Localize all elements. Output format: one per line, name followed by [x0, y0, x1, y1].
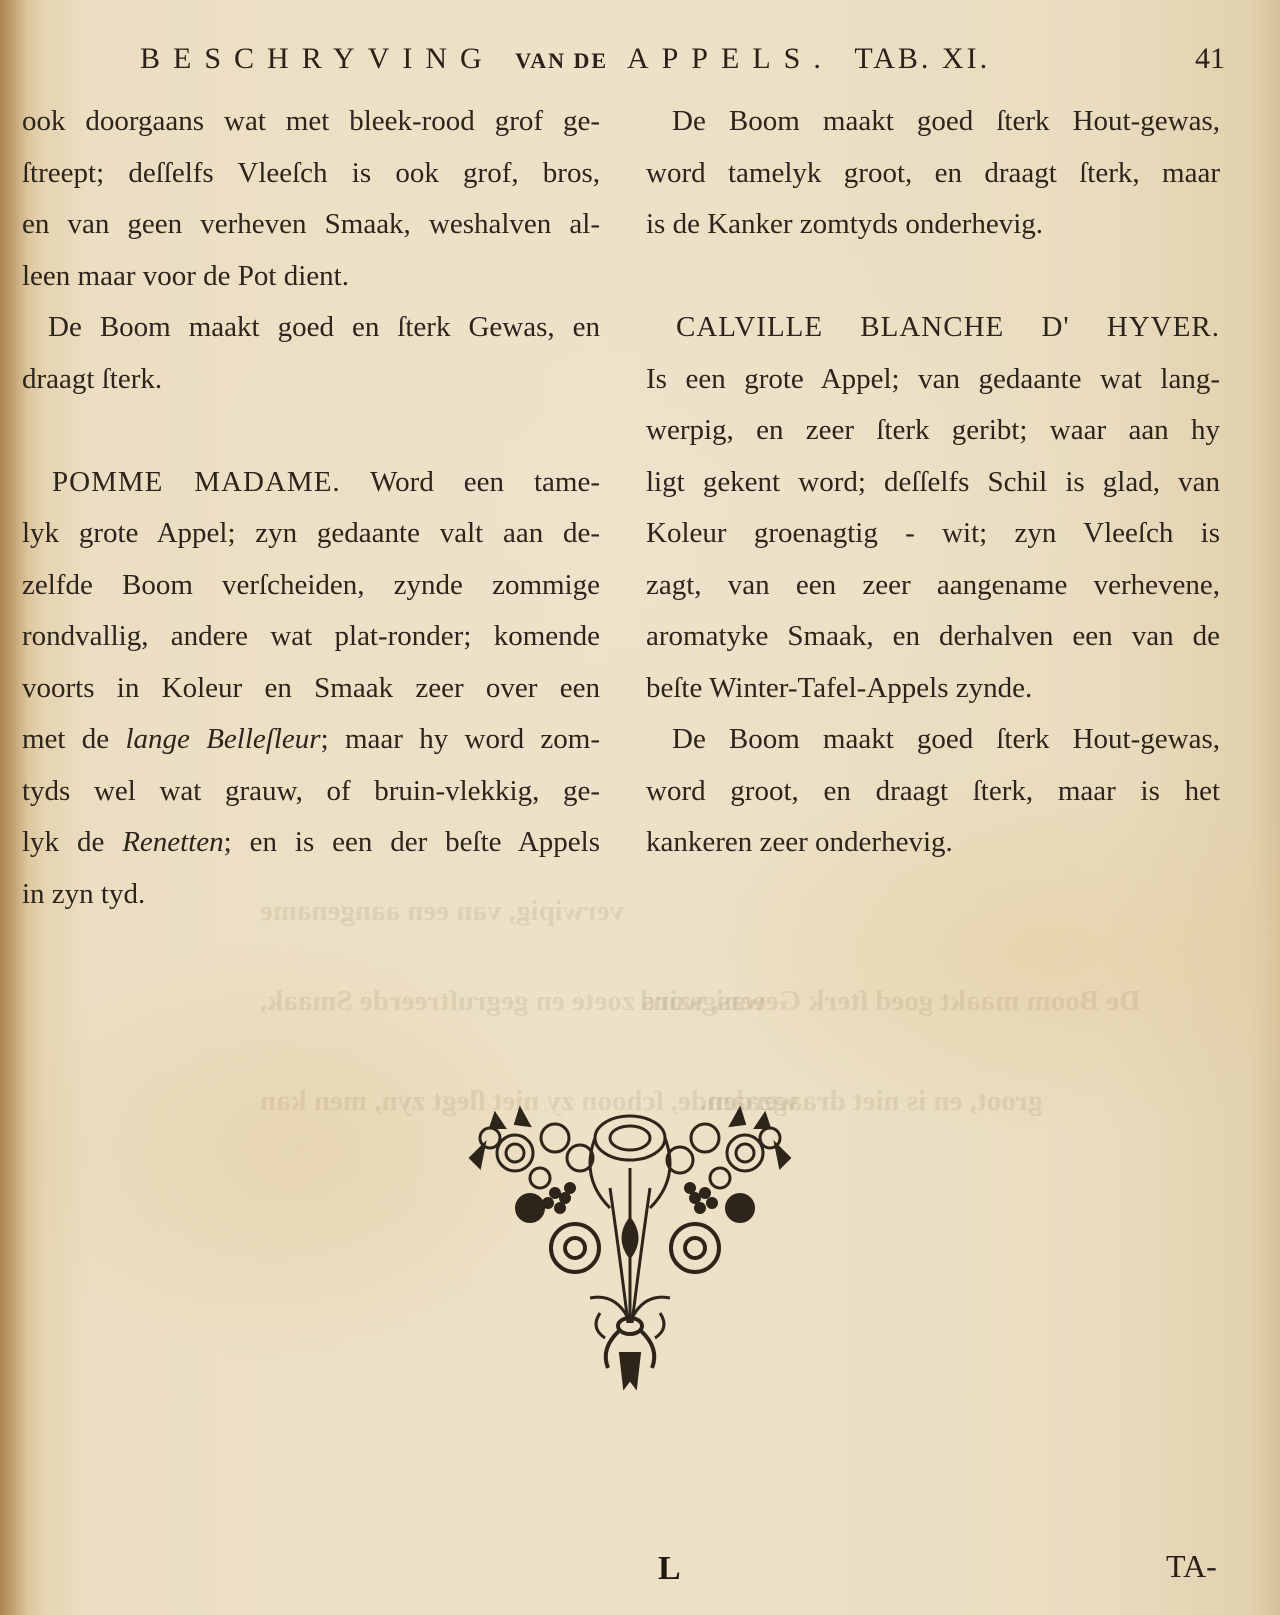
show-through-text: eenigszins zoete en gegruſtreerde Smaak, — [260, 985, 766, 1018]
running-title: BESCHRYVING VAN DE APPELS. TAB. XI. — [140, 42, 990, 76]
text-fragment: Word een tame- — [370, 466, 600, 498]
text-line: De Boom maakt goed ſterk Hout-gewas, — [646, 714, 1220, 766]
text-fragment: met de — [22, 723, 125, 755]
text-line: ook doorgaans wat met bleek-rood grof ge… — [22, 96, 600, 148]
text-line: ligt gekent word; deſſelfs Schil is glad… — [646, 457, 1220, 509]
text-line: De Boom maakt goed en ſterk Gewas, en — [22, 302, 600, 354]
text-fragment: lyk de — [22, 826, 122, 858]
text-line: leen maar voor de Pot dient. — [22, 251, 600, 303]
text-line: word groot, en draagt ſterk, maar is het — [646, 766, 1220, 818]
running-head: BESCHRYVING VAN DE APPELS. TAB. XI. 41 — [140, 42, 1225, 82]
text-line: met de lange Belleſleur; maar hy word zo… — [22, 714, 600, 766]
text-line: ſtreept; deſſelfs Vleeſch is ook grof, b… — [22, 148, 600, 200]
text-line: kankeren zeer onderhevig. — [646, 817, 1220, 869]
text-line: lyk de Renetten; en is een der beſte App… — [22, 817, 600, 869]
text-line: is de Kanker zomtyds onderhevig. — [646, 199, 1220, 251]
text-line: aromatyke Smaak, en derhalven een van de — [646, 611, 1220, 663]
left-column: ook doorgaans wat met bleek-rood grof ge… — [22, 96, 600, 920]
text-fragment: ; maar hy word zom- — [321, 723, 600, 755]
text-line: zagt, van een zeer aangename verhevene, — [646, 560, 1220, 612]
text-line: Is een grote Appel; van gedaante wat lan… — [646, 354, 1220, 406]
text-line: draagt ſterk. — [22, 354, 600, 406]
spacer — [646, 251, 1220, 303]
entry-heading-line: POMME MADAME. Word een tame- — [22, 457, 600, 509]
book-page: verwipig, van een aangename De Boom maak… — [0, 0, 1280, 1615]
page-number: 41 — [1195, 42, 1225, 76]
text-line: voorts in Koleur en Smaak zeer over een — [22, 663, 600, 715]
text-line: werpig, en zeer ſterk geribt; waar aan h… — [646, 405, 1220, 457]
signature-mark: L — [658, 1550, 681, 1588]
text-line: De Boom maakt goed ſterk Hout-gewas, — [646, 96, 1220, 148]
variety-name-italic: lange Belleſleur — [125, 723, 320, 755]
catchword: TA- — [1166, 1548, 1217, 1585]
running-title-appels: APPELS. — [627, 42, 834, 75]
running-title-main: BESCHRYVING — [140, 42, 495, 75]
spacer — [22, 405, 600, 457]
text-line: tyds wel wat grauw, of bruin-vlekkig, ge… — [22, 766, 600, 818]
floral-tailpiece-icon — [460, 1098, 800, 1398]
text-line: word tamelyk groot, en draagt ſterk, maa… — [646, 148, 1220, 200]
text-line: lyk grote Appel; zyn gedaante valt aan d… — [22, 508, 600, 560]
text-line: en van geen verheven Smaak, weshalven al… — [22, 199, 600, 251]
text-line: beſte Winter-Tafel-Appels zynde. — [646, 663, 1220, 715]
entry-heading-pomme-madame: POMME MADAME. — [52, 466, 341, 498]
plate-reference: TAB. XI. — [854, 42, 990, 75]
right-column: De Boom maakt goed ſterk Hout-gewas, wor… — [646, 96, 1220, 869]
text-line: in zyn tyd. — [22, 869, 600, 921]
running-title-small: VAN DE — [515, 48, 608, 73]
text-line: Koleur groenagtig - wit; zyn Vleeſch is — [646, 508, 1220, 560]
variety-name-italic: Renetten — [122, 826, 223, 858]
entry-heading-calville-blanche: CALVILLE BLANCHE D' HYVER. — [646, 302, 1220, 354]
text-line: zelfde Boom verſcheiden, zynde zommige — [22, 560, 600, 612]
text-fragment: ; en is een der beſte Appels — [224, 826, 600, 858]
text-line: rondvallig, andere wat plat-ronder; kome… — [22, 611, 600, 663]
